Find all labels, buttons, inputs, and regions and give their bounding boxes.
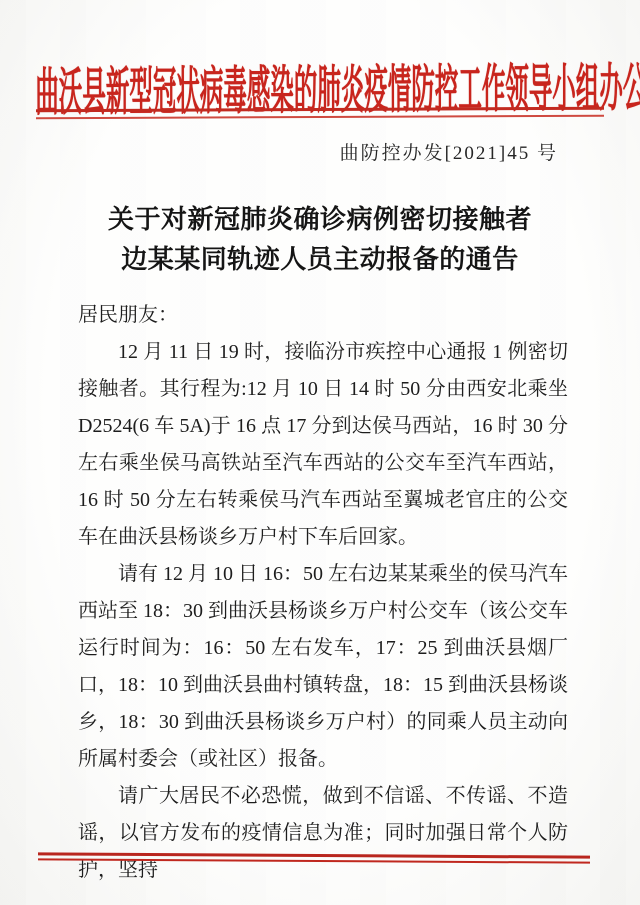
doc-number: 曲防控办发[2021]45 号 <box>340 138 558 165</box>
notice-title: 关于对新冠肺炎确诊病例密切接触者 边某某同轨迹人员主动报备的通告 <box>0 200 640 280</box>
paragraph-report-request: 请有 12 月 10 日 16：50 左右边某某乘坐的侯马汽车西站至 18：30… <box>78 556 568 778</box>
notice-title-line1: 关于对新冠肺炎确诊病例密切接触者 <box>0 200 640 240</box>
paragraph-advice: 请广大居民不必恐慌，做到不信谣、不传谣、不造谣，以官方发布的疫情信息为准；同时加… <box>78 778 568 889</box>
scanned-notice-page: 曲沃县新型冠状病毒感染的肺炎疫情防控工作领导小组办公室 曲防控办发[2021]4… <box>0 0 640 905</box>
salutation: 居民朋友： <box>78 297 568 334</box>
paragraph-itinerary: 12 月 11 日 19 时，接临汾市疾控中心通报 1 例密切接触者。其行程为:… <box>78 334 568 556</box>
notice-title-line2: 边某某同轨迹人员主动报备的通告 <box>0 240 640 280</box>
letterhead-org-name: 曲沃县新型冠状病毒感染的肺炎疫情防控工作领导小组办公室 <box>35 46 605 125</box>
notice-body: 居民朋友： 12 月 11 日 19 时，接临汾市疾控中心通报 1 例密切接触者… <box>78 297 568 889</box>
